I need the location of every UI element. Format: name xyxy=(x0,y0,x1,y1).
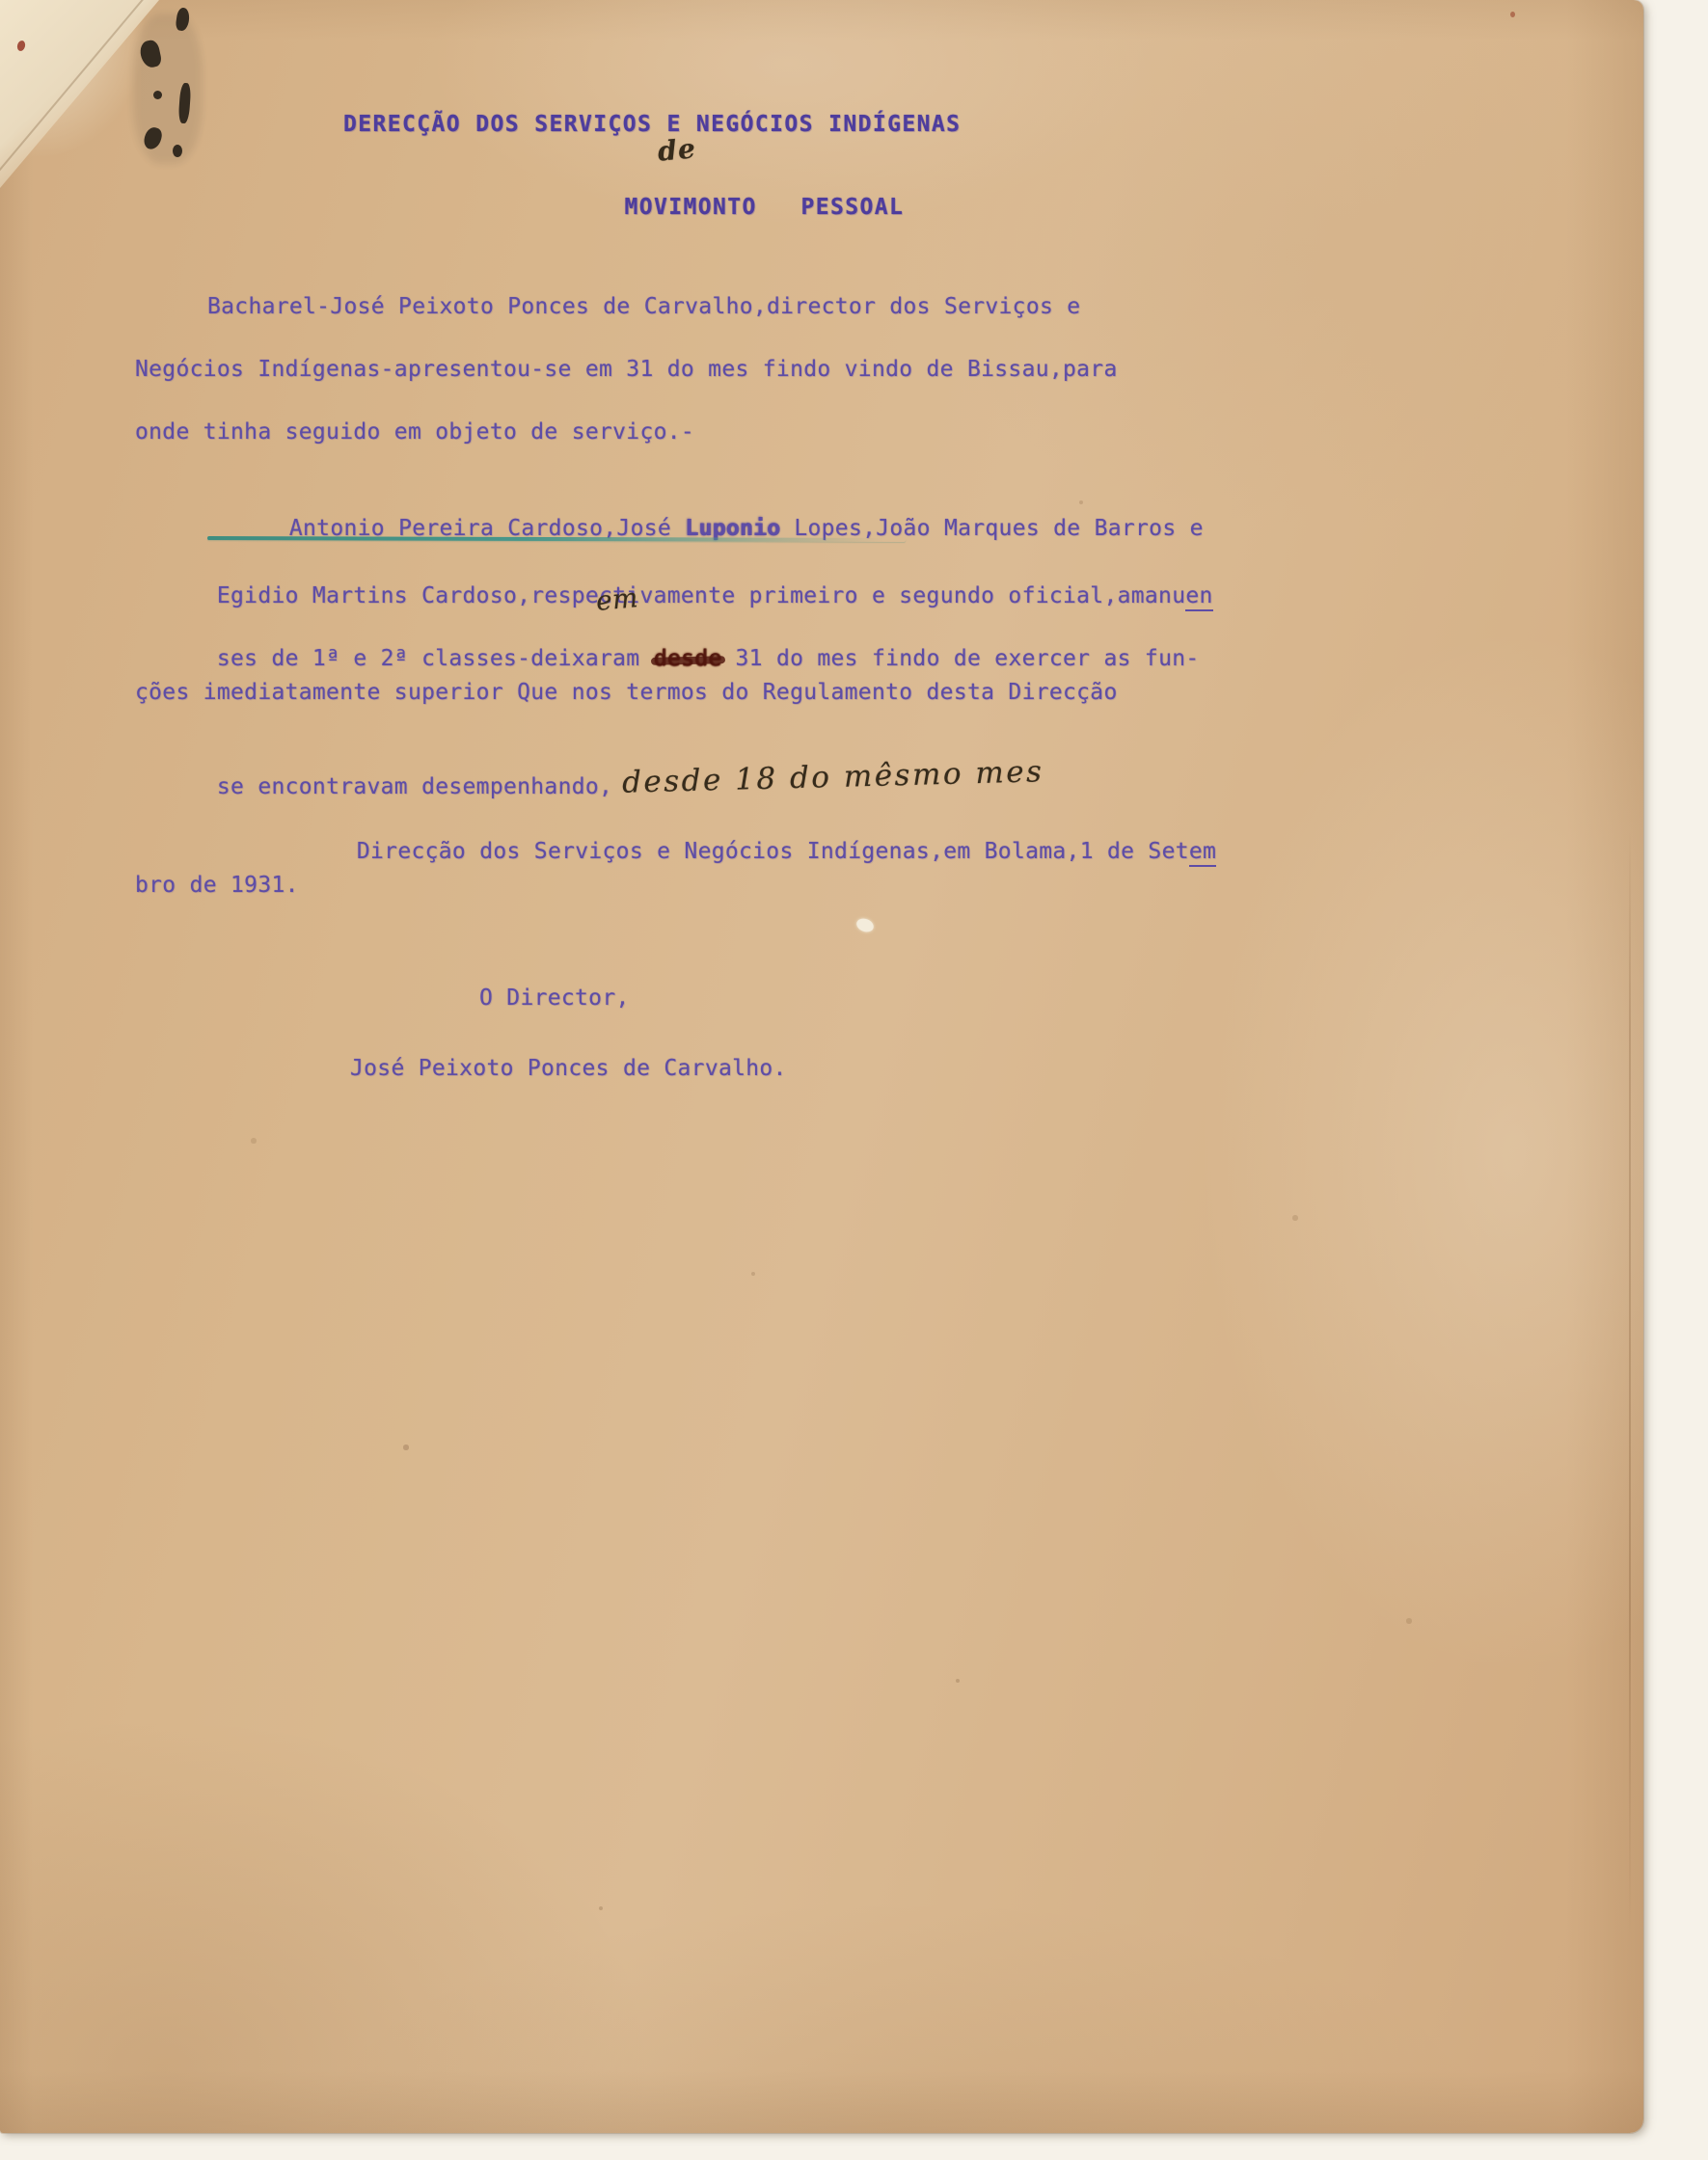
paper-fleck xyxy=(854,916,875,933)
underlined-syllable: en xyxy=(1185,583,1212,611)
handwritten-insertion-de: de xyxy=(657,135,697,165)
subtitle-word-movimonto: MOVIMONTO xyxy=(624,195,756,220)
dateline-text: Direcção dos Serviços e Negócios Indígen… xyxy=(357,839,1189,864)
subtitle-word-pessoal: PESSOAL xyxy=(800,195,904,220)
paragraph1-line1: Bacharel-José Peixoto Ponces de Carvalho… xyxy=(207,292,1080,321)
underlined-syllable: em xyxy=(1189,839,1216,867)
ink-blot xyxy=(153,91,162,99)
paragraph2-line4: ções imediatamente superior Que nos term… xyxy=(135,678,1118,707)
paper-sheet: DERECÇÃO DOS SERVIÇOS E NEGÓCIOS INDÍGEN… xyxy=(0,0,1643,2133)
body-text: Egidio Martins Cardoso,respectivamente p… xyxy=(217,583,1185,608)
body-text: se encontravam desempenhando, xyxy=(217,774,612,799)
struck-out-word: desde xyxy=(654,644,722,673)
closing-role: O Director, xyxy=(479,984,630,1012)
subtitle-gap xyxy=(757,195,801,220)
red-ink-speck xyxy=(1510,12,1515,17)
body-text: ses de 1ª e 2ª classes-deixaram xyxy=(217,646,654,671)
scanned-document: DERECÇÃO DOS SERVIÇOS E NEGÓCIOS INDÍGEN… xyxy=(0,0,1708,2160)
document-title: DERECÇÃO DOS SERVIÇOS E NEGÓCIOS INDÍGEN… xyxy=(343,110,961,139)
paper-specks xyxy=(0,0,2,2)
ink-blot xyxy=(173,145,182,157)
body-text: 31 do mes findo de exercer as fun- xyxy=(721,646,1199,671)
closing-signature: José Peixoto Ponces de Carvalho. xyxy=(350,1054,787,1083)
paragraph2-line3: ses de 1ª e 2ª classes-deixaram desde 31… xyxy=(135,615,1200,731)
paragraph1-line3: onde tinha seguido em objeto de serviço.… xyxy=(135,418,694,446)
dateline-line2: bro de 1931. xyxy=(135,871,299,900)
handwritten-addition: desde 18 do mêsmo mes xyxy=(622,757,1044,796)
crease-line-right xyxy=(1629,829,1631,1938)
dateline-line1: Direcção dos Serviços e Negócios Indígen… xyxy=(275,808,1216,895)
handwritten-insertion-em: em xyxy=(595,584,639,615)
document-subtitle: MOVIMONTO PESSOAL de xyxy=(536,164,904,280)
paragraph1-line2: Negócios Indígenas-apresentou-se em 31 d… xyxy=(135,355,1118,384)
